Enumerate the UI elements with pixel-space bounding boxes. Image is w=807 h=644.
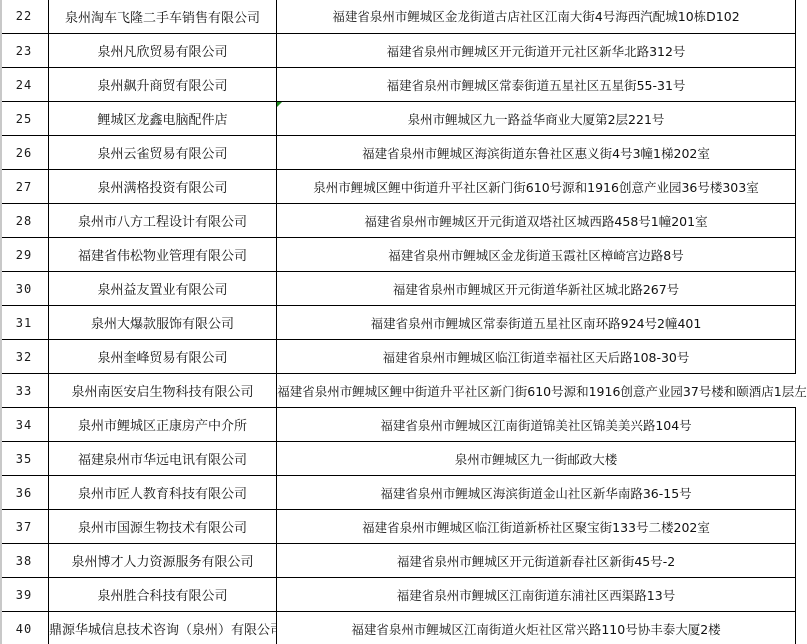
table-row[interactable]: 25 鲤城区龙鑫电脑配件店 泉州市鲤城区九一路益华商业大厦第2层221号 bbox=[0, 102, 796, 136]
spreadsheet-table: 22 泉州淘车飞隆二手车销售有限公司 福建省泉州市鲤城区金龙街道古店社区江南大街… bbox=[0, 0, 807, 644]
company-name-cell[interactable]: 鲤城区龙鑫电脑配件店 bbox=[49, 102, 277, 135]
row-number-cell[interactable]: 33 bbox=[0, 374, 49, 407]
company-name-cell[interactable]: 泉州云雀贸易有限公司 bbox=[49, 136, 277, 169]
table-row[interactable]: 26 泉州云雀贸易有限公司 福建省泉州市鲤城区海滨街道东鲁社区惠义街4号3幢1梯… bbox=[0, 136, 796, 170]
address-cell[interactable]: 泉州市鲤城区鲤中街道升平社区新门街610号源和1916创意产业园36号楼303室 bbox=[277, 170, 796, 203]
company-name-cell[interactable]: 福建省伟松物业管理有限公司 bbox=[49, 238, 277, 271]
company-name-cell[interactable]: 泉州淘车飞隆二手车销售有限公司 bbox=[49, 0, 277, 33]
table-row[interactable]: 36 泉州市匠人教育科技有限公司 福建省泉州市鲤城区海滨街道金山社区新华南路36… bbox=[0, 476, 796, 510]
company-name-cell[interactable]: 福建泉州市华远电讯有限公司 bbox=[49, 442, 277, 475]
company-name-cell[interactable]: 泉州满格投资有限公司 bbox=[49, 170, 277, 203]
table-row[interactable]: 37 泉州市国源生物技术有限公司 福建省泉州市鲤城区临江街道新桥社区聚宝街133… bbox=[0, 510, 796, 544]
company-name-cell[interactable]: 泉州凡欣贸易有限公司 bbox=[49, 34, 277, 67]
sheet-left-edge bbox=[0, 0, 2, 644]
company-name-cell[interactable]: 泉州飙升商贸有限公司 bbox=[49, 68, 277, 101]
company-name-cell[interactable]: 泉州市鲤城区正康房产中介所 bbox=[49, 408, 277, 441]
table-row[interactable]: 31 泉州大爆款服饰有限公司 福建省泉州市鲤城区常泰街道五星社区南环路924号2… bbox=[0, 306, 796, 340]
row-number-cell[interactable]: 32 bbox=[0, 340, 49, 373]
row-number-cell[interactable]: 34 bbox=[0, 408, 49, 441]
address-cell[interactable]: 福建省泉州市鲤城区开元街道开元社区新华北路312号 bbox=[277, 34, 796, 67]
address-cell[interactable]: 福建省泉州市鲤城区江南街道锦美社区锦美美兴路104号 bbox=[277, 408, 796, 441]
cell-error-indicator-icon[interactable] bbox=[277, 102, 282, 107]
table-row[interactable]: 27 泉州满格投资有限公司 泉州市鲤城区鲤中街道升平社区新门街610号源和191… bbox=[0, 170, 796, 204]
row-number-cell[interactable]: 28 bbox=[0, 204, 49, 237]
company-name-cell[interactable]: 泉州大爆款服饰有限公司 bbox=[49, 306, 277, 339]
address-cell[interactable]: 福建省泉州市鲤城区金龙街道玉霞社区樟崎宫边路8号 bbox=[277, 238, 796, 271]
row-number-cell[interactable]: 31 bbox=[0, 306, 49, 339]
company-name-cell[interactable]: 泉州博才人力资源服务有限公司 bbox=[49, 544, 277, 577]
row-number-cell[interactable]: 23 bbox=[0, 34, 49, 67]
address-cell[interactable]: 福建省泉州市鲤城区江南街道东浦社区西渠路13号 bbox=[277, 578, 796, 611]
row-number-cell[interactable]: 22 bbox=[0, 0, 49, 33]
address-cell[interactable]: 福建省泉州市鲤城区海滨街道金山社区新华南路36-15号 bbox=[277, 476, 796, 509]
address-cell[interactable]: 福建省泉州市鲤城区江南街道火炬社区常兴路110号协丰泰大厦2楼 bbox=[277, 612, 796, 644]
row-number-cell[interactable]: 29 bbox=[0, 238, 49, 271]
row-number-cell[interactable]: 27 bbox=[0, 170, 49, 203]
row-number-cell[interactable]: 39 bbox=[0, 578, 49, 611]
row-number-cell[interactable]: 36 bbox=[0, 476, 49, 509]
table-row[interactable]: 23 泉州凡欣贸易有限公司 福建省泉州市鲤城区开元街道开元社区新华北路312号 bbox=[0, 34, 796, 68]
address-cell[interactable]: 福建省泉州市鲤城区临江街道新桥社区聚宝街133号二楼202室 bbox=[277, 510, 796, 543]
table-row[interactable]: 24 泉州飙升商贸有限公司 福建省泉州市鲤城区常泰街道五星社区五星街55-31号 bbox=[0, 68, 796, 102]
row-number-cell[interactable]: 37 bbox=[0, 510, 49, 543]
company-name-cell[interactable]: 泉州益友置业有限公司 bbox=[49, 272, 277, 305]
address-cell[interactable]: 福建省泉州市鲤城区常泰街道五星社区五星街55-31号 bbox=[277, 68, 796, 101]
row-number-cell[interactable]: 35 bbox=[0, 442, 49, 475]
address-cell[interactable]: 福建省泉州市鲤城区海滨街道东鲁社区惠义街4号3幢1梯202室 bbox=[277, 136, 796, 169]
table-row[interactable]: 29 福建省伟松物业管理有限公司 福建省泉州市鲤城区金龙街道玉霞社区樟崎宫边路8… bbox=[0, 238, 796, 272]
table-row[interactable]: 22 泉州淘车飞隆二手车销售有限公司 福建省泉州市鲤城区金龙街道古店社区江南大街… bbox=[0, 0, 796, 34]
company-name-cell[interactable]: 泉州市国源生物技术有限公司 bbox=[49, 510, 277, 543]
table-row[interactable]: 28 泉州市八方工程设计有限公司 福建省泉州市鲤城区开元街道双塔社区城西路458… bbox=[0, 204, 796, 238]
company-name-cell[interactable]: 泉州奎峰贸易有限公司 bbox=[49, 340, 277, 373]
company-name-cell[interactable]: 泉州南医安启生物科技有限公司 bbox=[49, 374, 277, 407]
table-row[interactable]: 35 福建泉州市华远电讯有限公司 泉州市鲤城区九一街邮政大楼 bbox=[0, 442, 796, 476]
row-number-cell[interactable]: 25 bbox=[0, 102, 49, 135]
address-cell[interactable]: 福建省泉州市鲤城区开元街道双塔社区城西路458号1幢201室 bbox=[277, 204, 796, 237]
row-number-cell[interactable]: 40 bbox=[0, 612, 49, 644]
address-cell[interactable]: 泉州市鲤城区九一街邮政大楼 bbox=[277, 442, 796, 475]
table-row[interactable]: 30 泉州益友置业有限公司 福建省泉州市鲤城区开元街道华新社区城北路267号 bbox=[0, 272, 796, 306]
table-row[interactable]: 34 泉州市鲤城区正康房产中介所 福建省泉州市鲤城区江南街道锦美社区锦美美兴路1… bbox=[0, 408, 796, 442]
address-cell[interactable]: 福建省泉州市鲤城区金龙街道古店社区江南大街4号海西汽配城10栋D102 bbox=[277, 0, 796, 33]
table-row[interactable]: 39 泉州胜合科技有限公司 福建省泉州市鲤城区江南街道东浦社区西渠路13号 bbox=[0, 578, 796, 612]
address-cell[interactable]: 福建省泉州市鲤城区临江街道幸福社区天后路108-30号 bbox=[277, 340, 796, 373]
table-row[interactable]: 32 泉州奎峰贸易有限公司 福建省泉州市鲤城区临江街道幸福社区天后路108-30… bbox=[0, 340, 796, 374]
company-name-cell[interactable]: 泉州市八方工程设计有限公司 bbox=[49, 204, 277, 237]
address-cell[interactable]: 泉州市鲤城区九一路益华商业大厦第2层221号 bbox=[277, 102, 796, 135]
row-number-cell[interactable]: 38 bbox=[0, 544, 49, 577]
table-row[interactable]: 40 鼎源华城信息技术咨询（泉州）有限公司 福建省泉州市鲤城区江南街道火炬社区常… bbox=[0, 612, 796, 644]
table-row[interactable]: 33 泉州南医安启生物科技有限公司 福建省泉州市鲤城区鲤中街道升平社区新门街61… bbox=[0, 374, 796, 408]
company-name-cell[interactable]: 泉州市匠人教育科技有限公司 bbox=[49, 476, 277, 509]
row-number-cell[interactable]: 26 bbox=[0, 136, 49, 169]
address-cell[interactable]: 福建省泉州市鲤城区开元街道新春社区新街45号-2 bbox=[277, 544, 796, 577]
row-number-cell[interactable]: 24 bbox=[0, 68, 49, 101]
row-number-cell[interactable]: 30 bbox=[0, 272, 49, 305]
table-row[interactable]: 38 泉州博才人力资源服务有限公司 福建省泉州市鲤城区开元街道新春社区新街45号… bbox=[0, 544, 796, 578]
address-cell[interactable]: 福建省泉州市鲤城区鲤中街道升平社区新门街610号源和1916创意产业园37号楼和… bbox=[277, 374, 807, 407]
address-cell[interactable]: 福建省泉州市鲤城区常泰街道五星社区南环路924号2幢401 bbox=[277, 306, 796, 339]
address-cell[interactable]: 福建省泉州市鲤城区开元街道华新社区城北路267号 bbox=[277, 272, 796, 305]
company-name-cell[interactable]: 鼎源华城信息技术咨询（泉州）有限公司 bbox=[49, 612, 277, 644]
company-name-cell[interactable]: 泉州胜合科技有限公司 bbox=[49, 578, 277, 611]
